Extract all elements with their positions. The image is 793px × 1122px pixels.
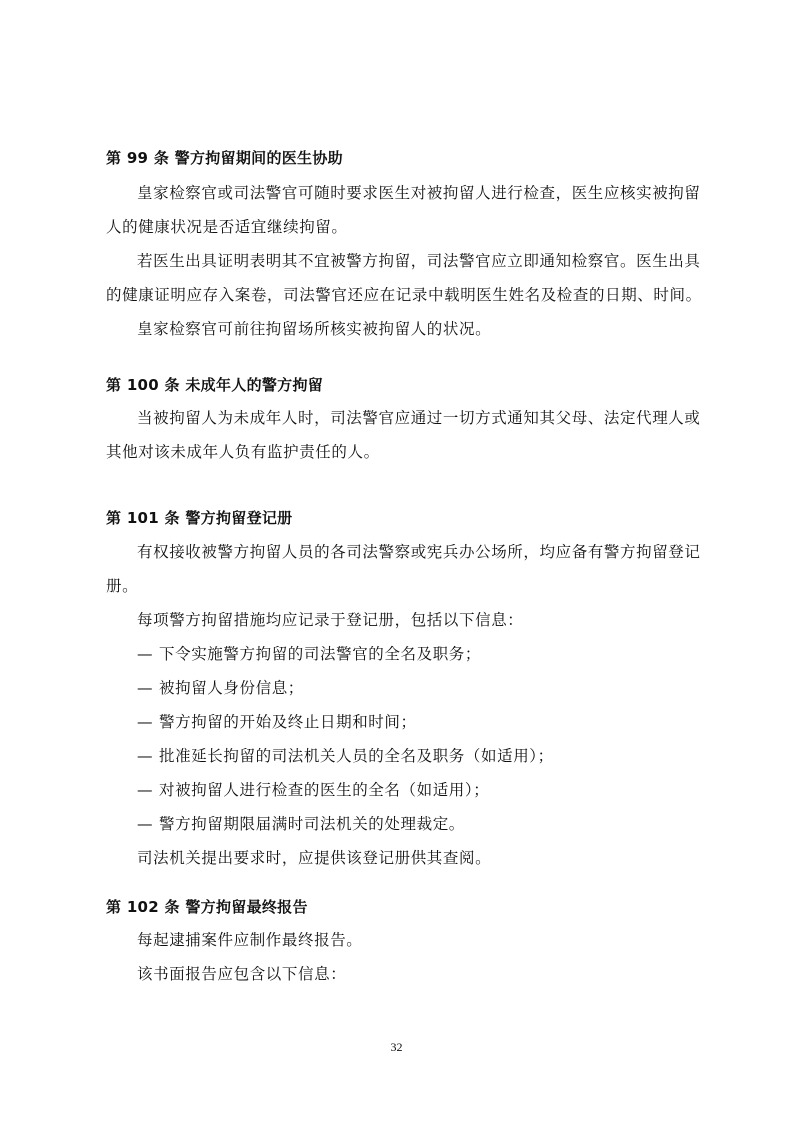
- dash-bullet-icon: —: [137, 644, 159, 664]
- article-100-paragraph-line-1: 当被拘留人为未成年人时，司法警官应通过一切方式通知其父母、法定代理人或: [137, 408, 694, 428]
- article-100-heading: 第 100 条 未成年人的警方拘留: [106, 375, 694, 395]
- article-99-paragraph-2-line-1: 若医生出具证明表明其不宜被警方拘留，司法警官应立即通知检察官。医生出具: [137, 251, 694, 271]
- list-item: —警方拘留期限届满时司法机关的处理裁定。: [137, 814, 725, 834]
- dash-bullet-icon: —: [137, 780, 159, 800]
- dash-bullet-icon: —: [137, 746, 159, 766]
- dash-bullet-icon: —: [137, 814, 159, 834]
- article-101-paragraph-2: 每项警方拘留措施均应记录于登记册，包括以下信息：: [137, 610, 725, 630]
- article-99-paragraph-1-line-1: 皇家检察官或司法警官可随时要求医生对被拘留人进行检查，医生应核实被拘留: [137, 183, 694, 203]
- list-item: —警方拘留的开始及终止日期和时间；: [137, 712, 725, 732]
- document-page: 第 99 条 警方拘留期间的医生协助 皇家检察官或司法警官可随时要求医生对被拘留…: [0, 0, 793, 1122]
- list-item: —被拘留人身份信息；: [137, 678, 725, 698]
- dash-bullet-icon: —: [137, 712, 159, 732]
- article-101-paragraph-1-line-2: 册。: [106, 576, 694, 596]
- article-99-heading: 第 99 条 警方拘留期间的医生协助: [106, 148, 694, 168]
- article-101-heading: 第 101 条 警方拘留登记册: [106, 508, 694, 528]
- article-99-paragraph-1-line-2: 人的健康状况是否适宜继续拘留。: [106, 217, 694, 237]
- list-item: —批准延长拘留的司法机关人员的全名及职务（如适用）；: [137, 746, 725, 766]
- dash-bullet-icon: —: [137, 678, 159, 698]
- article-100-paragraph-line-2: 其他对该未成年人负有监护责任的人。: [106, 442, 694, 462]
- article-102-heading: 第 102 条 警方拘留最终报告: [106, 897, 694, 917]
- list-item: —下令实施警方拘留的司法警官的全名及职务；: [137, 644, 725, 664]
- list-item: —对被拘留人进行检查的医生的全名（如适用）；: [137, 780, 725, 800]
- article-101-paragraph-1-line-1: 有权接收被警方拘留人员的各司法警察或宪兵办公场所，均应备有警方拘留登记: [137, 542, 694, 562]
- article-102-paragraph-2: 该书面报告应包含以下信息：: [137, 964, 725, 984]
- article-99-paragraph-2-line-2: 的健康证明应存入案卷，司法警官还应在记录中载明医生姓名及检查的日期、时间。: [106, 285, 694, 305]
- page-number: 32: [0, 1040, 793, 1055]
- article-99-paragraph-3: 皇家检察官可前往拘留场所核实被拘留人的状况。: [137, 319, 725, 339]
- article-102-paragraph-1: 每起逮捕案件应制作最终报告。: [137, 930, 725, 950]
- article-101-closing: 司法机关提出要求时，应提供该登记册供其查阅。: [137, 848, 725, 868]
